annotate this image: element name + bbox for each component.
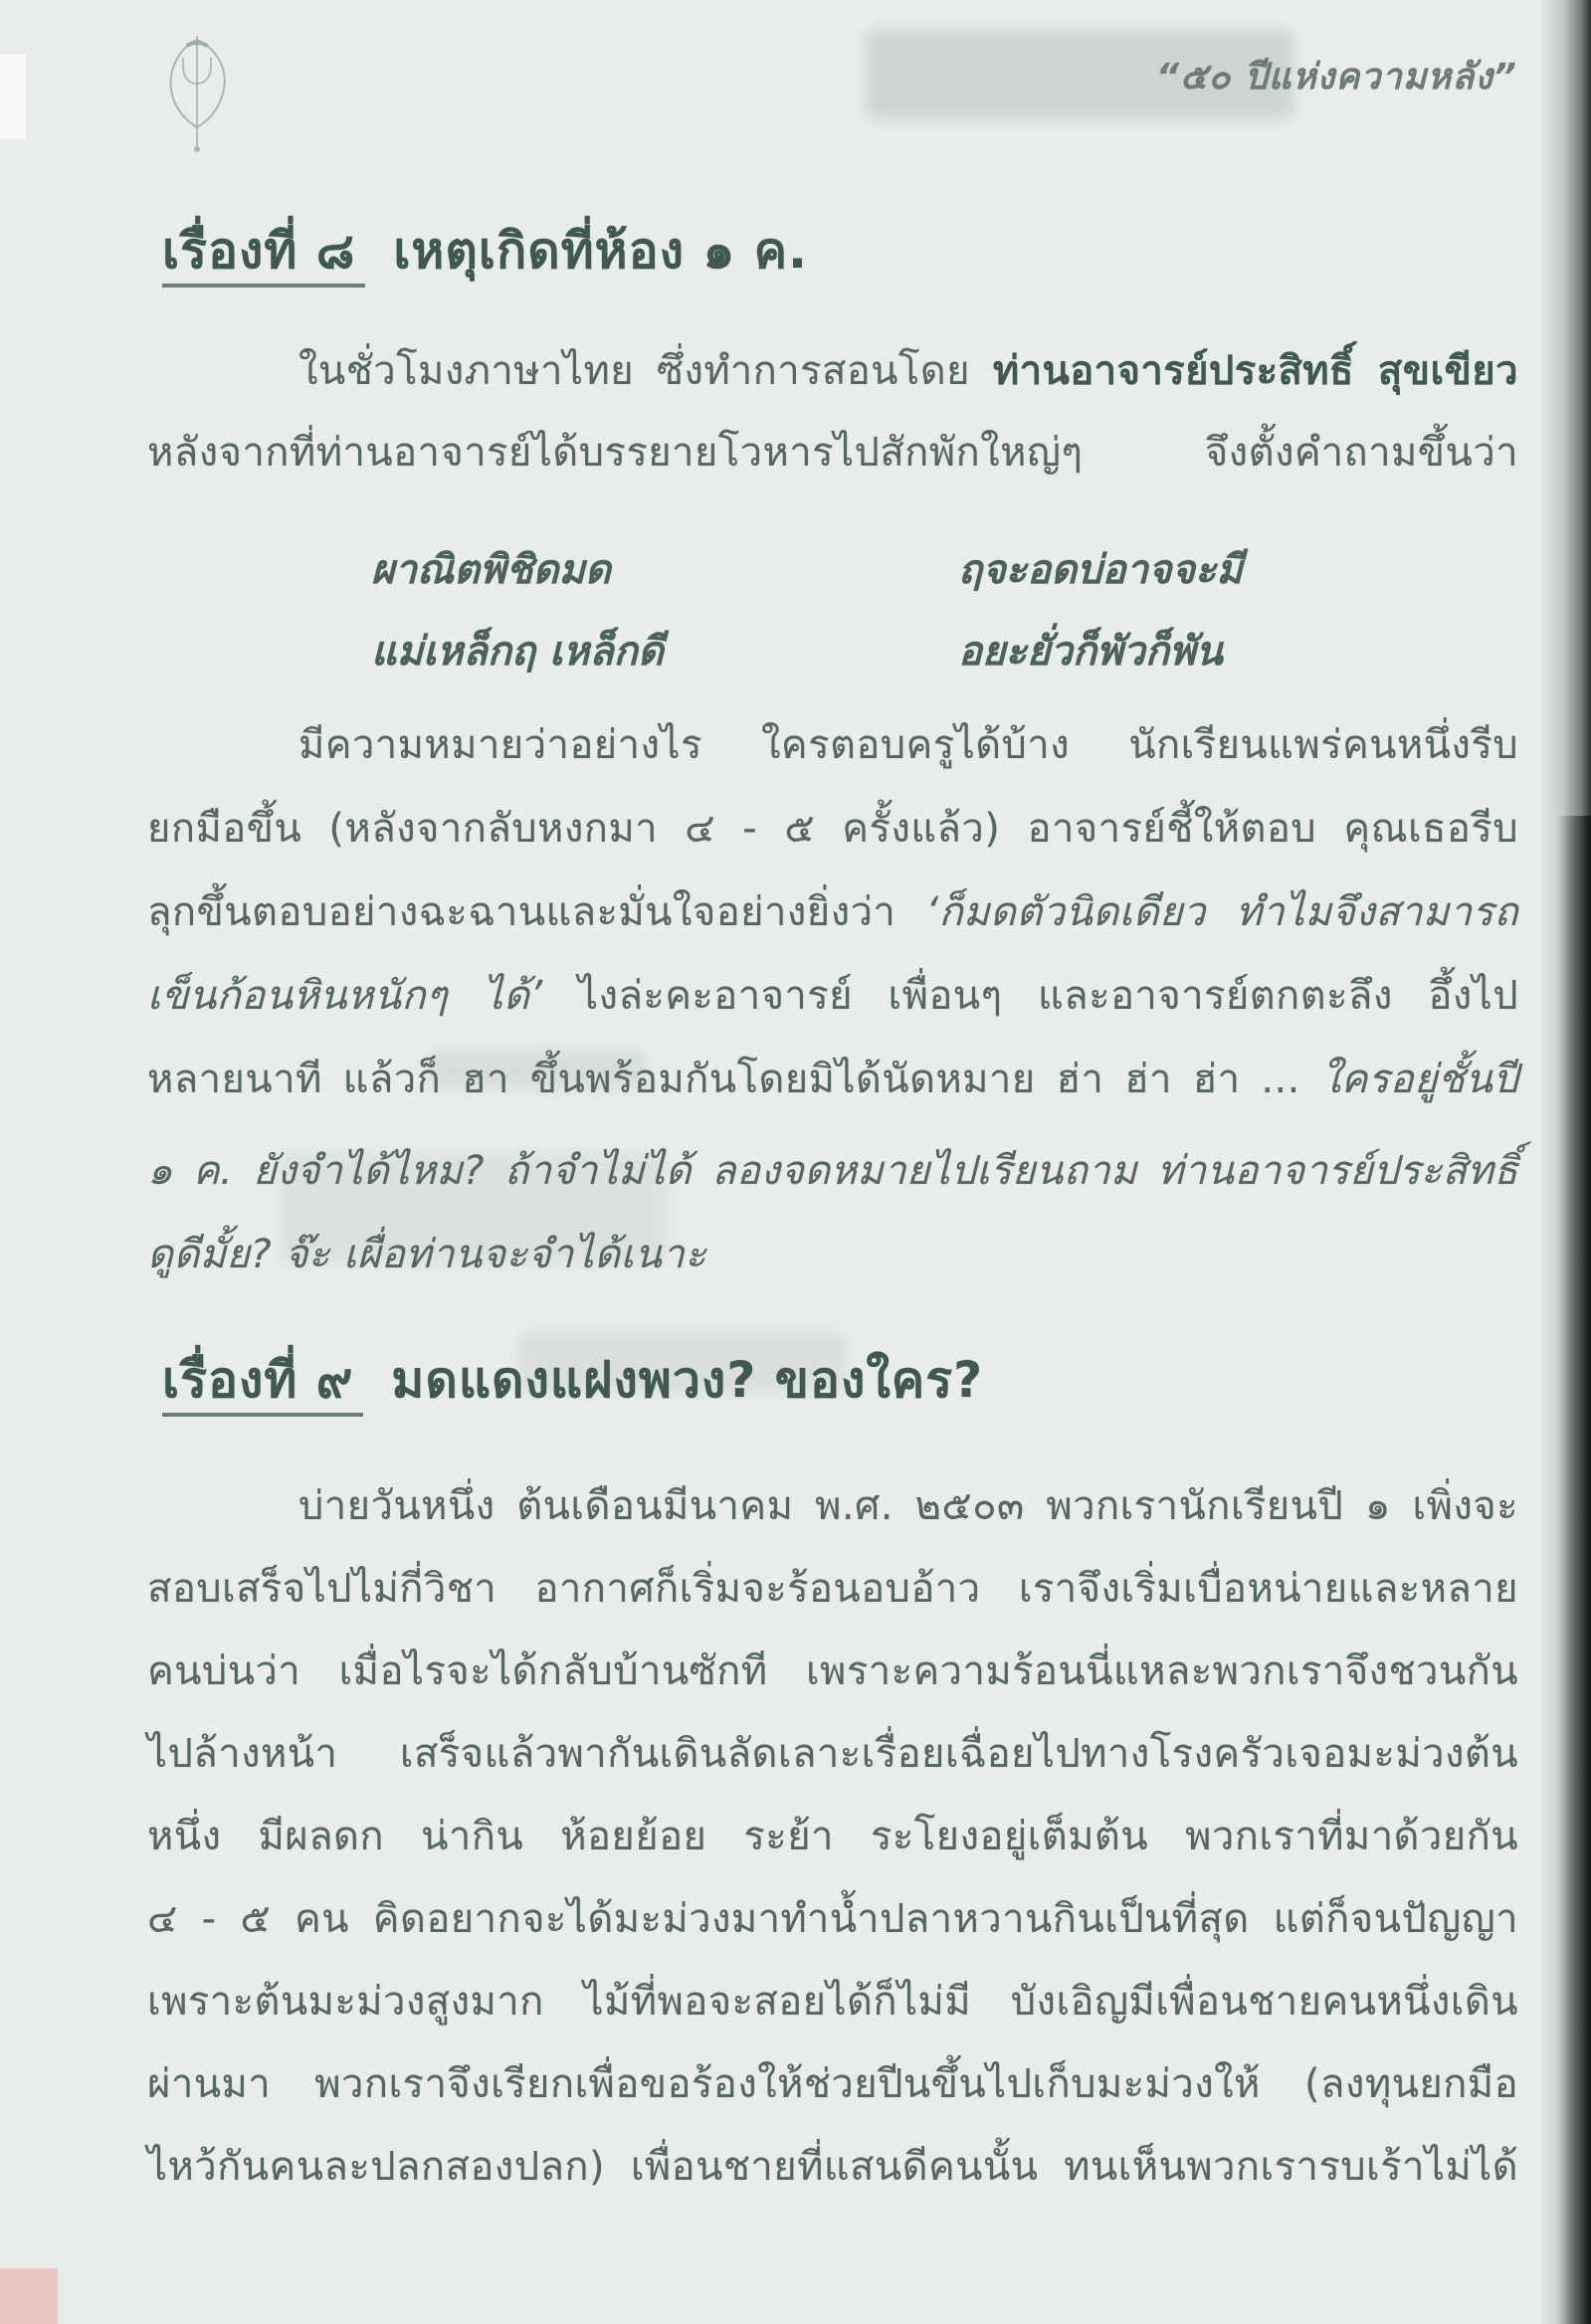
poem-hemistich: ผาณิตพิชิดมด (371, 537, 799, 601)
poem-row: ผาณิตพิชิดมด ฤจะอดบ่อาจจะมี (147, 537, 1518, 597)
text-line: ผ่านมา พวกเราจึงเรียกเพื่อขอร้องให้ช่วยป… (147, 2057, 1518, 2111)
section-9-title: มดแดงแฝงพวง? ของใคร? (391, 1351, 983, 1409)
teacher-name-bold: ท่านอาจารย์ประสิทธิ์ สุขเขียว (993, 348, 1518, 394)
text-line: เพราะต้นมะม่วงสูงมาก ไม้ที่พอจะสอยได้ก็ไ… (147, 1975, 1518, 2029)
text-line: มีความหมายว่าอย่างไร ใครตอบครูได้บ้าง นั… (147, 718, 1518, 772)
edge-scan-artifact (0, 54, 26, 139)
section-9-number: เรื่องที่ ๙ (162, 1351, 363, 1417)
poem-hemistich: แม่เหล็กฤ เหล็กดี (371, 619, 799, 682)
text-line: เข็นก้อนหินหนักๆ ได้’ ไงล่ะคะอาจารย์ เพื… (147, 969, 1518, 1023)
text-line: ๑ ค. ยังจำได้ไหม? ถ้าจำไม่ได้ ลองจดหมายไ… (147, 1144, 1518, 1198)
section-9-heading: เรื่องที่ ๙มดแดงแฝงพวง? ของใคร? (162, 1350, 983, 1410)
section-8-number: เรื่องที่ ๘ (162, 222, 365, 288)
quoted-answer-italic: ‘ก็มดตัวนิดเดียว ทำไมจึงสามารถ (925, 889, 1518, 935)
text-segment: ลุกขึ้นตอบอย่างฉะฉานและมั่นใจอย่างยิ่งว่… (147, 889, 925, 935)
text-line: ๔ - ๕ คน คิดอยากจะได้มะม่วงมาทำน้ำปลาหวา… (147, 1892, 1518, 1946)
text-line: ลุกขึ้นตอบอย่างฉะฉานและมั่นใจอย่างยิ่งว่… (147, 885, 1518, 939)
running-head-quote: “๕๐ ปีแห่งความหลัง” (1156, 48, 1517, 104)
quoted-answer-italic: เข็นก้อนหินหนักๆ ได้’ (147, 973, 542, 1019)
text-segment: ในชั่วโมงภาษาไทย ซึ่งทำการสอนโดย (298, 348, 993, 394)
text-segment: ไงล่ะคะอาจารย์ เพื่อนๆ และอาจารย์ตกตะลึง… (542, 973, 1518, 1019)
text-line: คนบ่นว่า เมื่อไรจะได้กลับบ้านซักที เพราะ… (147, 1645, 1518, 1698)
text-line: ไหว้กันคนละปลกสองปลก) เพื่อนชายที่แสนดีค… (147, 2140, 1518, 2194)
text-line: หนึ่ง มีผลดก น่ากิน ห้อยย้อย ระย้า ระโยง… (147, 1810, 1518, 1863)
text-line: สอบเสร็จไปไม่กี่วิชา อากาศก็เริ่มจะร้อนอ… (147, 1562, 1518, 1616)
trident-emblem-icon (145, 32, 249, 155)
text-segment: หลายนาที แล้วก็ ฮา ขึ้นพร้อมกันโดยมิได้น… (147, 1057, 1321, 1102)
corner-scan-artifact (0, 2268, 58, 2324)
poem-hemistich: ฤจะอดบ่อาจจะมี (958, 537, 1436, 601)
section-8-heading: เรื่องที่ ๘เหตุเกิดที่ห้อง ๑ ค. (162, 221, 808, 281)
aside-italic: ใครอยู่ชั้นปี (1321, 1057, 1518, 1102)
text-line: หลังจากที่ท่านอาจารย์ได้บรรยายโวหารไปสัก… (147, 426, 1518, 480)
poem-hemistich: อยะยั่วก็พัวก็พัน (958, 619, 1436, 682)
text-line: บ่ายวันหนึ่ง ต้นเดือนมีนาคม พ.ศ. ๒๕๐๓ พว… (147, 1479, 1518, 1533)
text-line: หลายนาที แล้วก็ ฮา ขึ้นพร้อมกันโดยมิได้น… (147, 1053, 1518, 1106)
text-line: ในชั่วโมงภาษาไทย ซึ่งทำการสอนโดย ท่านอาจ… (147, 344, 1518, 398)
section-8-title: เหตุเกิดที่ห้อง ๑ ค. (393, 222, 808, 280)
page-edge-shadow-dark (1557, 816, 1591, 2324)
text-line: ยกมือขึ้น (หลังจากลับหงกมา ๔ - ๕ ครั้งแล… (147, 802, 1518, 856)
scanned-book-page: { "colors": { "page_bg": "#e8ede9", "bod… (0, 0, 1591, 2324)
text-line: ไปล้างหน้า เสร็จแล้วพากันเดินลัดเลาะเรื่… (147, 1727, 1518, 1781)
poem-row: แม่เหล็กฤ เหล็กดี อยะยั่วก็พัวก็พัน (147, 619, 1518, 678)
text-line: ดูดีมั้ย? จ๊ะ เผื่อท่านจะจำได้เนาะ (147, 1228, 1518, 1281)
